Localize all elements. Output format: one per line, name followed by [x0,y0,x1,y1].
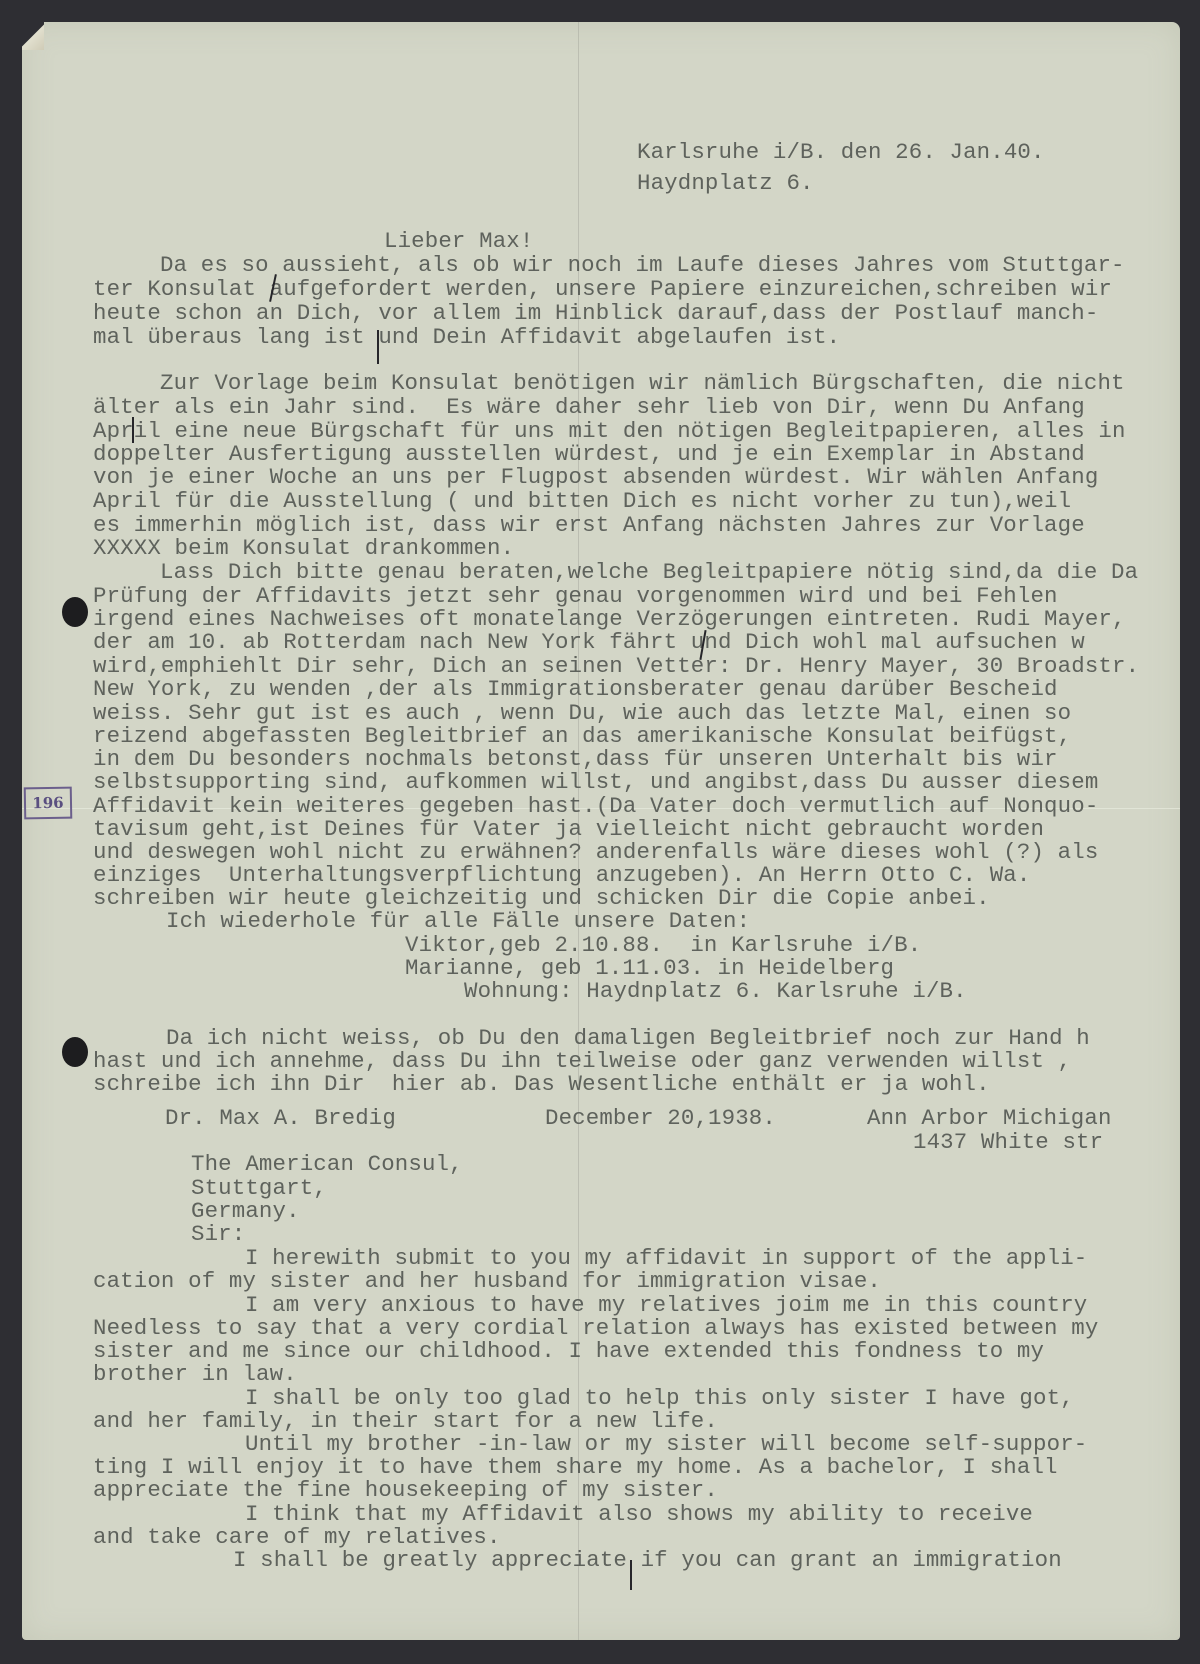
text-line: irgend eines Nachweises oft monatelange … [93,608,1126,630]
text-line: Lass Dich bitte genau beraten,welche Beg… [160,561,1138,583]
text-line: April für die Ausstellung ( und bitten D… [93,490,1071,512]
copy-street: 1437 White str [913,1131,1103,1153]
salutation: Lieber Max! [384,230,533,252]
text-line: appreciate the fine housekeeping of my s… [93,1479,718,1501]
text-line: Zur Vorlage beim Konsulat benötigen wir … [160,372,1125,394]
text-line: älter als ein Jahr sind. Es wäre daher s… [93,396,1085,418]
punch-hole-icon [62,1037,88,1067]
text-line: and take care of my relatives. [93,1526,501,1548]
data-wohnung: Wohnung: Haydnplatz 6. Karlsruhe i/B. [464,980,967,1002]
place-date: Karlsruhe i/B. den 26. Jan.40. [637,141,1045,163]
text-line: in dem Du besonders nochmals betonst,das… [93,748,1058,770]
text-line: XXXXX beim Konsulat drankommen. [93,537,514,559]
text-line: I shall be greatly appreciate if you can… [233,1549,1062,1571]
copy-date: December 20,1938. [545,1107,776,1129]
copy-city: Ann Arbor Michigan [867,1107,1112,1129]
text-line: April eine neue Bürgschaft für uns mit d… [93,420,1126,442]
text-line: und deswegen wohl nicht zu erwähnen? and… [93,841,1098,863]
text-line: and her family, in their start for a new… [93,1410,718,1432]
text-line: von je einer Woche an uns per Flugpost a… [93,466,1098,488]
text-line: Da es so aussieht, als ob wir noch im La… [160,254,1125,276]
text-line: doppelter Ausfertigung ausstellen würdes… [93,443,1085,465]
text-line: I shall be only too glad to help this on… [245,1387,1074,1409]
text-line: mal überaus lang ist und Dein Affidavit … [93,326,840,348]
text-line: Needless to say that a very cordial rela… [93,1317,1098,1339]
page-corner-curl [22,22,44,50]
text-line: tavisum geht,ist Deines für Vater ja vie… [93,818,1044,840]
data-viktor: Viktor,geb 2.10.88. in Karlsruhe i/B. [405,934,921,956]
text-line: schreiben wir heute gleichzeitig und sch… [93,887,990,909]
text-line: hast und ich annehme, dass Du ihn teilwe… [93,1050,1071,1072]
sender-address: Haydnplatz 6. [637,172,814,194]
text-line: Ich wiederhole für alle Fälle unsere Dat… [166,910,750,932]
text-line: sister and me since our childhood. I hav… [93,1340,1044,1362]
text-line: ter Konsulat aufgefordert werden, unsere… [93,278,1112,300]
text-line: einziges Unterhaltungsverpflichtung anzu… [93,864,1030,886]
pen-mark [630,1560,632,1590]
text-line: I think that my Affidavit also shows my … [245,1503,1033,1525]
text-line: Da ich nicht weiss, ob Du den damaligen … [166,1027,1090,1049]
copy-recipient: Stuttgart, [191,1177,327,1199]
text-line: weiss. Sehr gut ist es auch , wenn Du, w… [93,702,1071,724]
text-line: New York, zu wenden ,der als Immigration… [93,678,1058,700]
text-line: schreibe ich ihn Dir hier ab. Das Wesent… [93,1073,990,1095]
copy-sender: Dr. Max A. Bredig [165,1107,396,1129]
copy-recipient: The American Consul, [191,1153,463,1175]
pen-mark [132,417,134,443]
text-line: reizend abgefassten Begleitbrief an das … [93,725,1071,747]
copy-salutation: Sir: [191,1223,245,1245]
text-line: I herewith submit to you my affidavit in… [245,1247,1087,1269]
text-line: Affidavit kein weiteres gegeben hast.(Da… [93,795,1098,817]
text-line: Prüfung der Affidavits jetzt sehr genau … [93,585,1058,607]
text-line: ting I will enjoy it to have them share … [93,1456,1058,1478]
pen-mark [377,330,379,364]
text-line: wird,emphiehlt Dir sehr, Dich an seinen … [93,655,1139,677]
text-line: heute schon an Dich, vor allem im Hinbli… [93,302,1098,324]
text-line: es immerhin möglich ist, dass wir erst A… [93,514,1085,536]
punch-hole-icon [62,597,88,627]
text-line: I am very anxious to have my relatives j… [245,1294,1087,1316]
text-line: Until my brother -in-law or my sister wi… [245,1433,1087,1455]
text-line: selbstsupporting sind, aufkommen willst,… [93,771,1098,793]
data-marianne: Marianne, geb 1.11.03. in Heidelberg [405,957,894,979]
text-line: brother in law. [93,1363,297,1385]
archive-stamp: 196 [24,787,73,820]
text-line: der am 10. ab Rotterdam nach New York fä… [93,631,1085,653]
copy-recipient: Germany. [191,1200,300,1222]
text-line: cation of my sister and her husband for … [93,1270,881,1292]
